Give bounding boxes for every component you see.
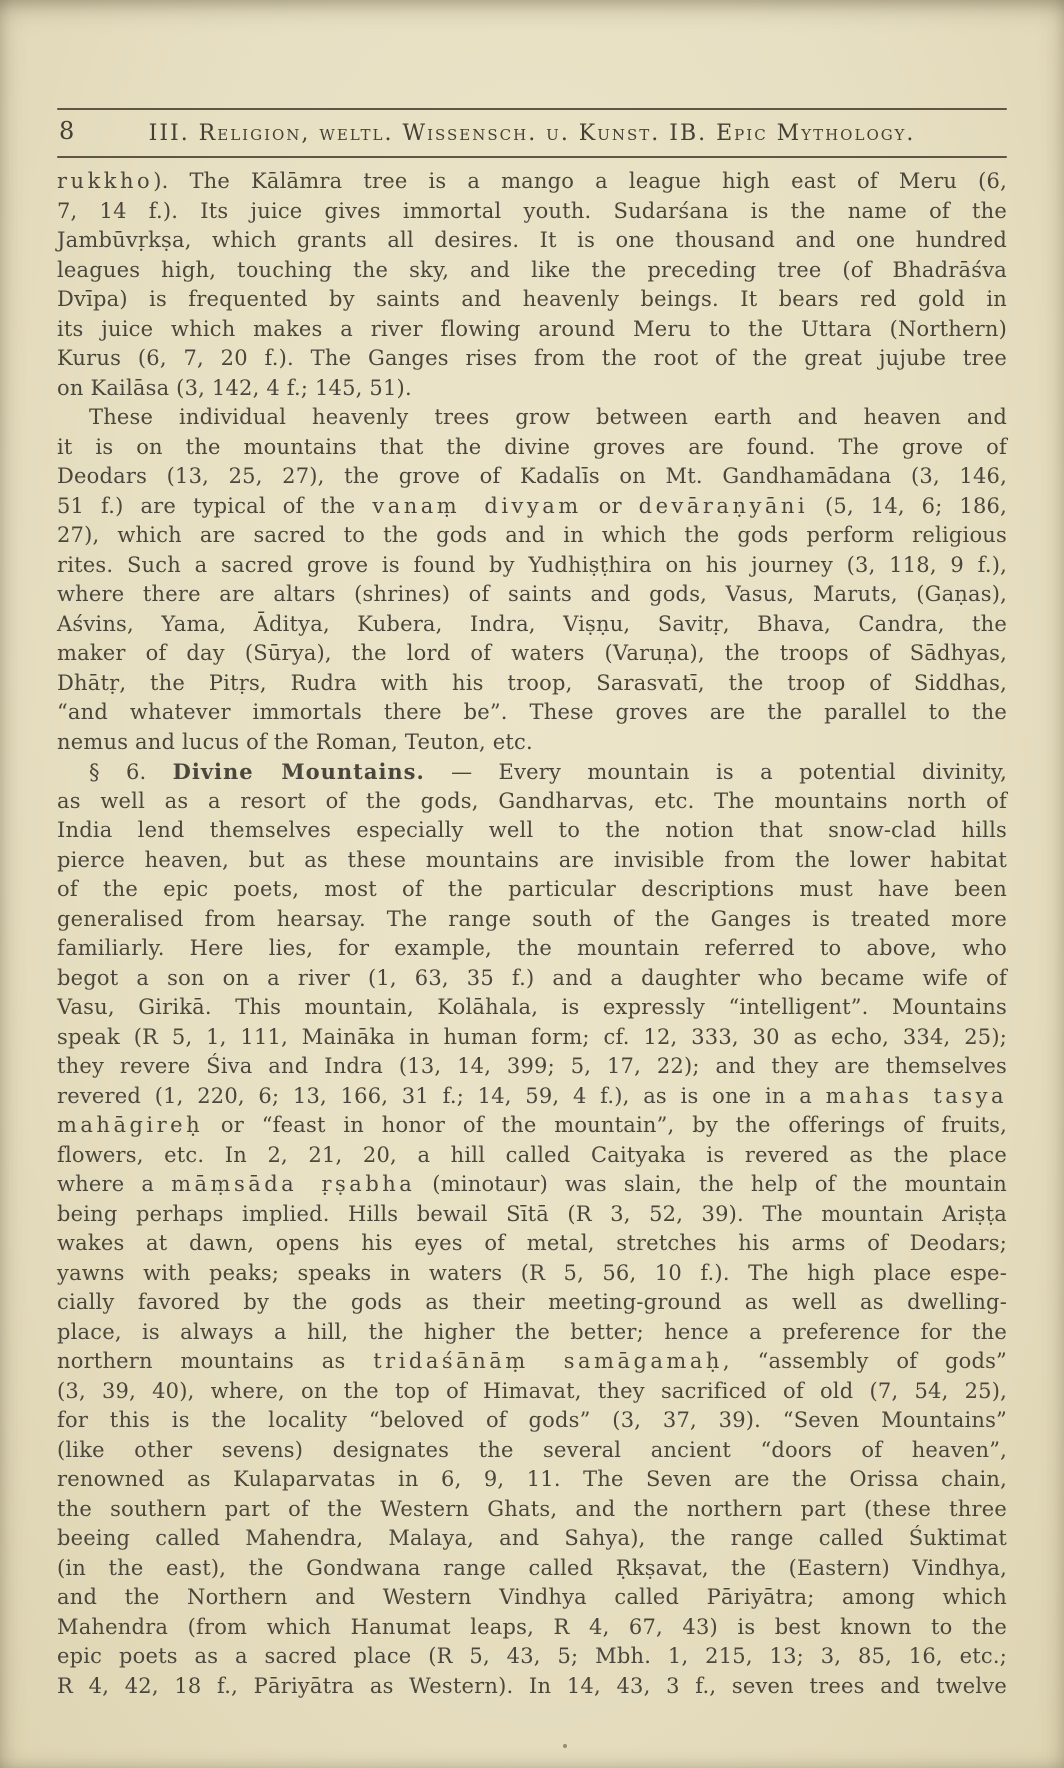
scan-speck xyxy=(563,1744,567,1748)
paragraph: rukkho). The Kālāmra tree is a mango a l… xyxy=(57,167,1007,403)
text-line: (like other sevens) designates the sever… xyxy=(57,1436,1007,1466)
section-heading: Divine Mountains. xyxy=(173,759,425,784)
text-line: Deodars (13, 25, 27), the grove of Kadal… xyxy=(57,462,1007,492)
text-run: Jambūvṛkṣa, which grants all desires. It… xyxy=(57,228,1007,252)
text-run: Vasu, Girikā. This mountain, Kolāhala, i… xyxy=(57,995,1007,1019)
text-line: place, is always a hill, the higher the … xyxy=(57,1318,1007,1348)
text-block: 8 III. Religion, weltl. Wissensch. u. Ku… xyxy=(57,100,1007,1701)
text-line: northern mountains as tridaśānāṃ samāgam… xyxy=(57,1347,1007,1377)
text-line: (3, 39, 40), where, on the top of Himava… xyxy=(57,1377,1007,1407)
text-line: the southern part of the Western Ghats, … xyxy=(57,1495,1007,1525)
text-run: leagues high, touching the sky, and like… xyxy=(57,258,1007,282)
text-run: where there are altars (shrines) of sain… xyxy=(57,582,1007,606)
text-run: as well as a resort of the gods, Gandhar… xyxy=(57,789,1007,813)
text-run: , “assembly of gods” xyxy=(723,1349,1007,1373)
text-run: 51 f.) are typical of the xyxy=(57,494,372,518)
text-block-body: rukkho). The Kālāmra tree is a mango a l… xyxy=(57,167,1007,1701)
running-title: III. Religion, weltl. Wissensch. u. Kuns… xyxy=(57,121,1007,146)
text-line: as well as a resort of the gods, Gandhar… xyxy=(57,787,1007,817)
text-line: These individual heavenly trees grow bet… xyxy=(57,403,1007,433)
emphasized-term: vanaṃ divyam xyxy=(372,494,581,518)
text-run: (like other sevens) designates the sever… xyxy=(57,1438,1007,1462)
text-run: the southern part of the Western Ghats, … xyxy=(57,1497,1007,1521)
text-run: 27), which are sacred to the gods and in… xyxy=(57,523,1007,547)
paragraph: § 6. Divine Mountains. — Every mountain … xyxy=(57,757,1007,1701)
emphasized-term: mahas tasya xyxy=(826,1084,1007,1108)
text-run: and the Northern and Western Vindhya cal… xyxy=(57,1585,1007,1609)
emphasized-term: māṃsāda ṛṣabha xyxy=(171,1172,415,1196)
text-run: (5, 14, 6; 186, xyxy=(808,494,1007,518)
text-line: it is on the mountains that the divine g… xyxy=(57,433,1007,463)
text-run: being perhaps implied. Hills bewail Sītā… xyxy=(57,1202,1007,1226)
text-line: on Kailāsa (3, 142, 4 f.; 145, 51). xyxy=(57,374,1007,404)
text-line: wakes at dawn, opens his eyes of metal, … xyxy=(57,1229,1007,1259)
text-line: 27), which are sacred to the gods and in… xyxy=(57,521,1007,551)
text-line: Aśvins, Yama, Āditya, Kubera, Indra, Viṣ… xyxy=(57,610,1007,640)
text-run: R 4, 42, 18 f., Pāriyātra as Western). I… xyxy=(57,1674,1007,1698)
text-line: mahāgireḥ or “feast in honor of the moun… xyxy=(57,1111,1007,1141)
text-line: Jambūvṛkṣa, which grants all desires. It… xyxy=(57,226,1007,256)
text-line: familiarly. Here lies, for example, the … xyxy=(57,934,1007,964)
text-run: (minotaur) was slain, the help of the mo… xyxy=(415,1172,1007,1196)
text-run: nemus and lucus of the Roman, Teuton, et… xyxy=(57,730,533,754)
text-line: where there are altars (shrines) of sain… xyxy=(57,580,1007,610)
text-run: These individual heavenly trees grow bet… xyxy=(89,405,1007,429)
text-run: Dhātṛ, the Pitṛs, Rudra with his troop, … xyxy=(57,671,1007,695)
text-line: R 4, 42, 18 f., Pāriyātra as Western). I… xyxy=(57,1672,1007,1702)
text-run: of the epic poets, most of the particula… xyxy=(57,877,1007,901)
text-line: begot a son on a river (1, 63, 35 f.) an… xyxy=(57,964,1007,994)
text-run: generalised from hearsay. The range sout… xyxy=(57,907,1007,931)
text-run: Dvīpa) is frequented by saints and heave… xyxy=(57,287,1007,311)
text-run: 7, 14 f.). Its juice gives immortal yout… xyxy=(57,199,1007,223)
text-line: maker of day (Sūrya), the lord of waters… xyxy=(57,639,1007,669)
text-run: (in the east), the Gondwana range called… xyxy=(57,1556,1007,1580)
text-run: renowned as Kulaparvatas in 6, 9, 11. Th… xyxy=(57,1467,1007,1491)
emphasized-term: mahāgireḥ xyxy=(57,1113,203,1137)
text-run: for this is the locality “beloved of god… xyxy=(57,1408,1007,1432)
text-line: cially favored by the gods as their meet… xyxy=(57,1288,1007,1318)
text-line: where a māṃsāda ṛṣabha (minotaur) was sl… xyxy=(57,1170,1007,1200)
text-line: beeing called Mahendra, Malaya, and Sahy… xyxy=(57,1524,1007,1554)
text-line: and the Northern and Western Vindhya cal… xyxy=(57,1583,1007,1613)
text-run: where a xyxy=(57,1172,171,1196)
text-run: beeing called Mahendra, Malaya, and Sahy… xyxy=(57,1526,1007,1550)
text-run: ). The Kālāmra tree is a mango a league … xyxy=(153,169,1007,193)
text-line: of the epic poets, most of the particula… xyxy=(57,875,1007,905)
emphasized-term: devāraṇyāni xyxy=(639,494,808,518)
text-run: it is on the mountains that the divine g… xyxy=(57,435,1007,459)
text-run: familiarly. Here lies, for example, the … xyxy=(57,936,1007,960)
text-line: flowers, etc. In 2, 21, 20, a hill calle… xyxy=(57,1141,1007,1171)
emphasized-term: rukkho xyxy=(57,169,153,193)
text-line: being perhaps implied. Hills bewail Sītā… xyxy=(57,1200,1007,1230)
text-line: renowned as Kulaparvatas in 6, 9, 11. Th… xyxy=(57,1465,1007,1495)
text-line: leagues high, touching the sky, and like… xyxy=(57,256,1007,286)
text-line: § 6. Divine Mountains. — Every mountain … xyxy=(57,757,1007,787)
text-run: India lend themselves especially well to… xyxy=(57,818,1007,842)
text-line: “and whatever immortals there be”. These… xyxy=(57,698,1007,728)
text-run: yawns with peaks; speaks in waters (R 5,… xyxy=(57,1261,1007,1285)
text-run: revered (1, 220, 6; 13, 166, 31 f.; 14, … xyxy=(57,1084,826,1108)
text-line: Vasu, Girikā. This mountain, Kolāhala, i… xyxy=(57,993,1007,1023)
text-run: wakes at dawn, opens his eyes of metal, … xyxy=(57,1231,1007,1255)
text-run: cially favored by the gods as their meet… xyxy=(57,1290,1007,1314)
text-run: or xyxy=(582,494,639,518)
text-run: or “feast in honor of the mountain”, by … xyxy=(203,1113,1007,1137)
text-line: speak (R 5, 1, 111, Maināka in human for… xyxy=(57,1023,1007,1053)
text-run: — Every mountain is a potential divinity… xyxy=(425,760,1007,784)
text-run: (3, 39, 40), where, on the top of Himava… xyxy=(57,1379,1007,1403)
text-line: (in the east), the Gondwana range called… xyxy=(57,1554,1007,1584)
text-line: rukkho). The Kālāmra tree is a mango a l… xyxy=(57,167,1007,197)
text-run: maker of day (Sūrya), the lord of waters… xyxy=(57,641,1007,665)
text-run: rites. Such a sacred grove is found by Y… xyxy=(57,553,1007,577)
running-header: 8 III. Religion, weltl. Wissensch. u. Ku… xyxy=(57,110,1007,156)
page-number: 8 xyxy=(59,117,74,145)
header-rule-bottom xyxy=(57,156,1007,158)
text-run: “and whatever immortals there be”. These… xyxy=(57,700,1007,724)
text-run: flowers, etc. In 2, 21, 20, a hill calle… xyxy=(57,1143,1007,1167)
text-line: Dvīpa) is frequented by saints and heave… xyxy=(57,285,1007,315)
text-run: Mahendra (from which Hanumat leaps, R 4,… xyxy=(57,1615,1007,1639)
text-run: pierce heaven, but as these mountains ar… xyxy=(57,848,1007,872)
text-run: northern mountains as xyxy=(57,1349,373,1373)
text-line: nemus and lucus of the Roman, Teuton, et… xyxy=(57,728,1007,758)
text-line: pierce heaven, but as these mountains ar… xyxy=(57,846,1007,876)
text-run: Aśvins, Yama, Āditya, Kubera, Indra, Viṣ… xyxy=(57,612,1007,636)
text-line: rites. Such a sacred grove is found by Y… xyxy=(57,551,1007,581)
emphasized-term: tridaśānāṃ samāgamaḥ xyxy=(373,1349,723,1373)
text-run: they revere Śiva and Indra (13, 14, 399;… xyxy=(57,1054,1007,1078)
text-line: 51 f.) are typical of the vanaṃ divyam o… xyxy=(57,492,1007,522)
text-line: Kurus (6, 7, 20 f.). The Ganges rises fr… xyxy=(57,344,1007,374)
text-line: its juice which makes a river flowing ar… xyxy=(57,315,1007,345)
text-line: they revere Śiva and Indra (13, 14, 399;… xyxy=(57,1052,1007,1082)
text-run: epic poets as a sacred place (R 5, 43, 5… xyxy=(57,1644,1007,1668)
book-page: 8 III. Religion, weltl. Wissensch. u. Ku… xyxy=(0,0,1064,1768)
text-line: revered (1, 220, 6; 13, 166, 31 f.; 14, … xyxy=(57,1082,1007,1112)
text-line: for this is the locality “beloved of god… xyxy=(57,1406,1007,1436)
text-run: Kurus (6, 7, 20 f.). The Ganges rises fr… xyxy=(57,346,1007,370)
text-run: on Kailāsa (3, 142, 4 f.; 145, 51). xyxy=(57,376,412,400)
text-line: 7, 14 f.). Its juice gives immortal yout… xyxy=(57,197,1007,227)
text-line: Mahendra (from which Hanumat leaps, R 4,… xyxy=(57,1613,1007,1643)
text-run: place, is always a hill, the higher the … xyxy=(57,1320,1007,1344)
text-run: begot a son on a river (1, 63, 35 f.) an… xyxy=(57,966,1007,990)
text-run: Deodars (13, 25, 27), the grove of Kadal… xyxy=(57,464,1007,488)
text-line: generalised from hearsay. The range sout… xyxy=(57,905,1007,935)
text-run: speak (R 5, 1, 111, Maināka in human for… xyxy=(57,1025,1007,1049)
text-run: § 6. xyxy=(89,760,173,784)
text-line: Dhātṛ, the Pitṛs, Rudra with his troop, … xyxy=(57,669,1007,699)
paragraph: These individual heavenly trees grow bet… xyxy=(57,403,1007,757)
text-line: epic poets as a sacred place (R 5, 43, 5… xyxy=(57,1642,1007,1672)
text-run: its juice which makes a river flowing ar… xyxy=(57,317,1007,341)
text-line: yawns with peaks; speaks in waters (R 5,… xyxy=(57,1259,1007,1289)
text-line: India lend themselves especially well to… xyxy=(57,816,1007,846)
